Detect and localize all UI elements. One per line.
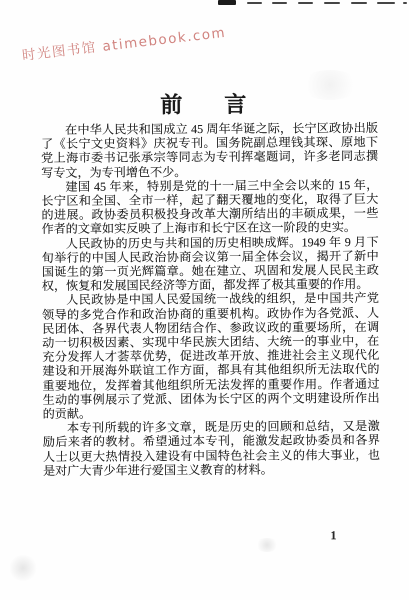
scan-smudge — [300, 70, 360, 100]
paragraph: 本专刊所载的许多文章，既是历史的回顾和总结，又是激励后来者的教材。希望通过本专刊… — [43, 419, 380, 478]
paragraph: 建国 45 年来，特别是党的十一届三中全会以来的 15 年，长宁区和全国、全市一… — [41, 178, 378, 237]
scan-smudge — [8, 555, 38, 581]
paragraph: 人民政协的历史与共和国的历史相映成辉。1949 年 9 月下旬举行的中国人民政治… — [42, 235, 379, 294]
document-body: 在中华人民共和国成立 45 周年华诞之际，长宁区政协出版了《长宁文史资料》庆祝专… — [41, 121, 380, 478]
scan-smudge — [255, 538, 279, 552]
page-number: 1 — [330, 528, 336, 543]
scanned-page: 时光图书馆 atimebook.com 前言 在中华人民共和国成立 45 周年华… — [0, 0, 409, 600]
paragraph: 在中华人民共和国成立 45 周年华诞之际，长宁区政协出版了《长宁文史资料》庆祝专… — [41, 121, 378, 180]
paragraph: 人民政协是中国人民爱国统一战线的组织，是中国共产党领导的多党合作和政治协商的重要… — [42, 291, 380, 421]
title-char: 言 — [224, 92, 246, 117]
title-char: 前 — [160, 92, 182, 117]
